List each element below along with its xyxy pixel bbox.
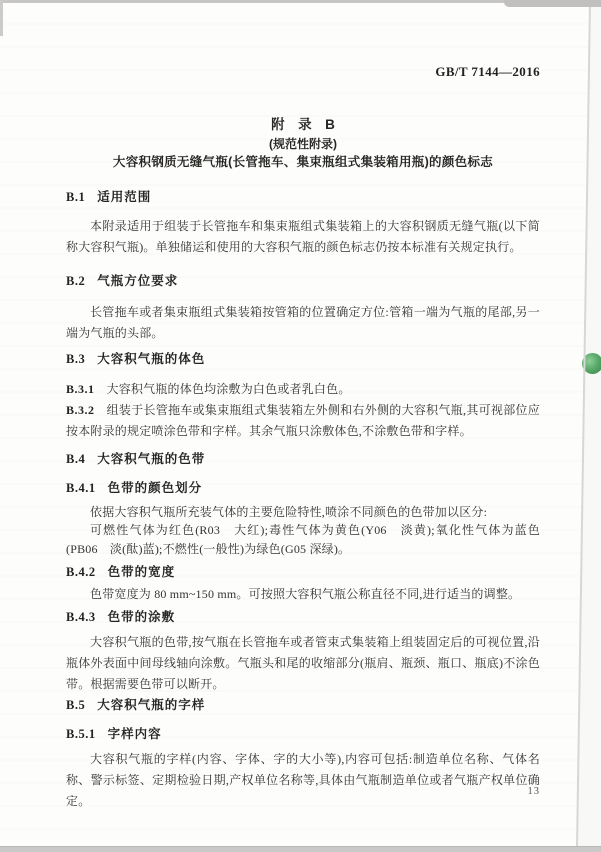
section-title: 色带的涂敷 <box>108 610 176 624</box>
section-number: B.4.1 <box>66 481 96 495</box>
section-number: B.4.2 <box>66 565 96 579</box>
section-title: 适用范围 <box>97 190 151 204</box>
clause-text: 大容积气瓶的体色均涂敷为白色或者乳白色。 <box>107 382 351 396</box>
clause-number: B.3.2 <box>66 403 95 417</box>
section-title: 大容积气瓶的体色 <box>97 352 205 366</box>
section-title: 色带的宽度 <box>108 565 176 579</box>
section-number: B.5 <box>66 698 85 712</box>
section-title: 大容积气瓶的色带 <box>97 452 205 466</box>
section-heading-b51: B.5.1字样内容 <box>66 727 540 741</box>
section-heading-b41: B.4.1色带的颜色划分 <box>66 481 540 495</box>
clause-b31: B.3.1大容积气瓶的体色均涂敷为白色或者乳白色。 <box>66 379 540 400</box>
standard-number: GB/T 7144—2016 <box>66 64 540 79</box>
section-number: B.5.1 <box>66 727 96 741</box>
paragraph-b42: 色带宽度为 80 mm~150 mm。可按照大容积气瓶公称直径不同,进行适当的调… <box>66 584 540 605</box>
section-heading-b3: B.3大容积气瓶的体色 <box>66 352 540 366</box>
section-number: B.1 <box>66 190 85 204</box>
paragraph-b2: 长管拖车或者集束瓶组式集装箱按管箱的位置确定方位:管箱一端为气瓶的尾部,另一端为… <box>66 302 540 344</box>
section-title: 字样内容 <box>108 727 162 741</box>
section-number: B.2 <box>66 274 85 288</box>
section-number: B.4.3 <box>66 610 96 624</box>
clause-b32: B.3.2组装于长管拖车或集束瓶组式集装箱左外侧和右外侧的大容积气瓶,其可视部位… <box>66 400 540 442</box>
paragraph-b1: 本附录适用于组装于长管拖车和集束瓶组式集装箱上的大容积钢质无缝气瓶(以下简称大容… <box>66 216 540 258</box>
section-heading-b4: B.4大容积气瓶的色带 <box>66 452 540 466</box>
clause-text: 组装于长管拖车或集束瓶组式集装箱左外侧和右外侧的大容积气瓶,其可视部位应按本附录… <box>66 403 540 438</box>
appendix-subject: 大容积钢质无缝气瓶(长管拖车、集束瓶组式集装箱用瓶)的颜色标志 <box>66 155 540 169</box>
paragraph-b41-intro: 依据大容积气瓶所充装气体的主要危险特性,喷涂不同颜色的色带加以区分: <box>66 503 540 522</box>
clause-number: B.3.1 <box>66 382 95 396</box>
section-heading-b5: B.5大容积气瓶的字样 <box>66 698 540 712</box>
section-number: B.3 <box>66 352 85 366</box>
page-number: 13 <box>66 786 562 797</box>
scan-border-bottom <box>0 846 601 852</box>
paragraph-b41-colors: 可燃性气体为红色(R03 大红);毒性气体为黄色(Y06 淡黄);氧化性气体为蓝… <box>66 521 540 559</box>
section-title: 色带的颜色划分 <box>108 481 203 495</box>
scan-border-left <box>0 0 3 36</box>
appendix-type: (规范性附录) <box>66 138 540 151</box>
paragraph-b43: 大容积气瓶的色带,按气瓶在长管拖车或者管束式集装箱上组装固定后的可视位置,沿瓶体… <box>66 632 540 695</box>
scan-border-top-right <box>504 0 601 7</box>
section-heading-b2: B.2气瓶方位要求 <box>66 274 540 288</box>
paragraph-b51: 大容积气瓶的字样(内容、字体、字的大小等),内容可包括:制造单位名称、气体名称、… <box>66 749 540 812</box>
section-heading-b1: B.1适用范围 <box>66 190 540 204</box>
section-title: 大容积气瓶的字样 <box>97 698 205 712</box>
section-heading-b42: B.4.2色带的宽度 <box>66 565 540 579</box>
section-heading-b43: B.4.3色带的涂敷 <box>66 610 540 624</box>
appendix-label: 附 录 B <box>66 118 540 132</box>
section-number: B.4 <box>66 452 85 466</box>
section-title: 气瓶方位要求 <box>97 274 178 288</box>
